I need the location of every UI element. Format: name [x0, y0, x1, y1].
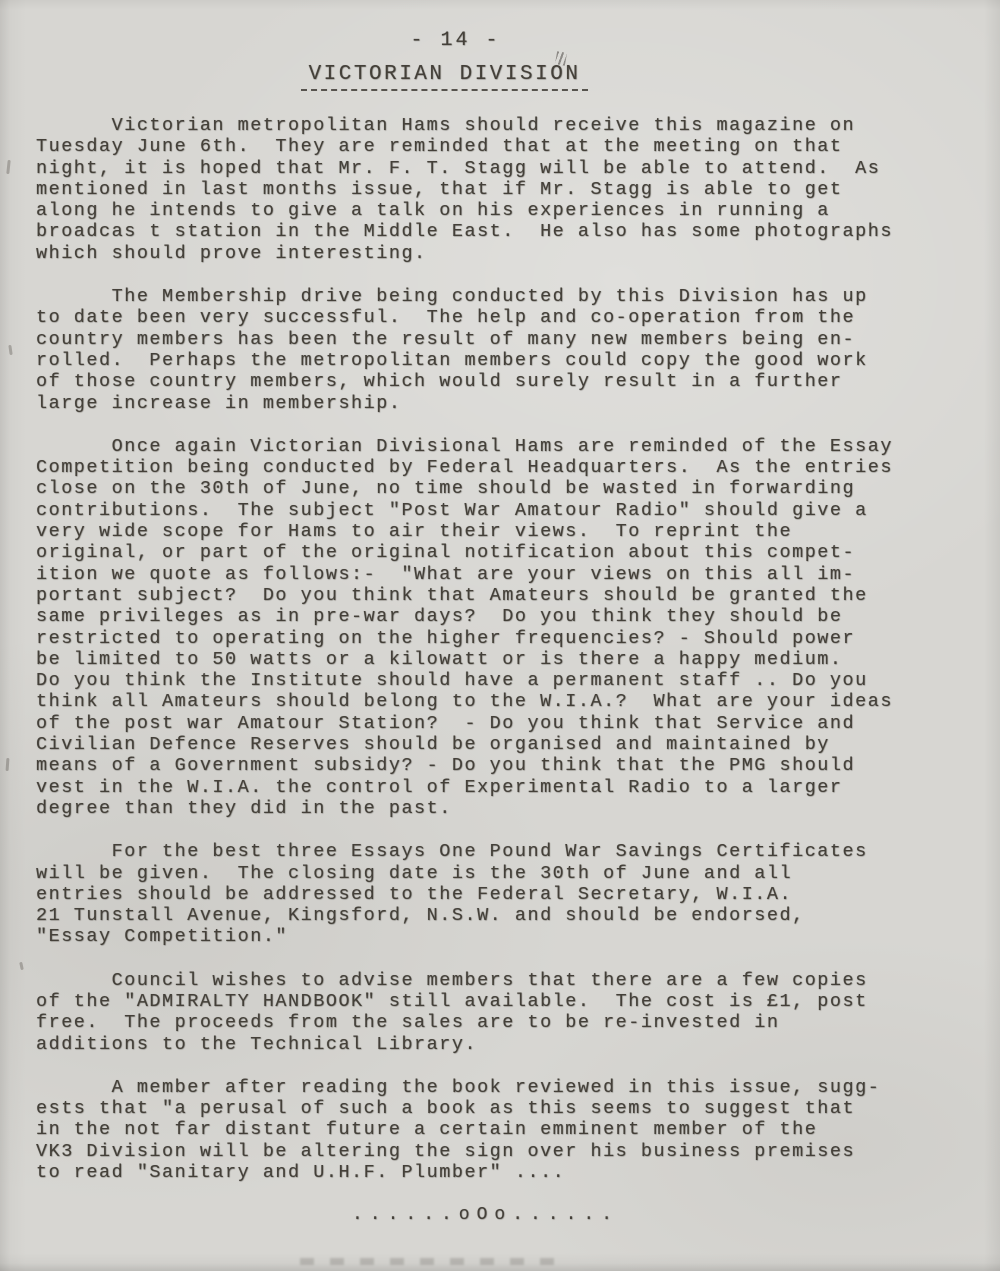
scan-artifact: [8, 345, 12, 355]
title-row: VICTORIAN DIVISION: [36, 62, 965, 91]
footer-ornament: ......oOo......: [36, 1205, 965, 1225]
paragraph-member-suggestion: A member after reading the book reviewed…: [36, 1077, 965, 1183]
page-title: VICTORIAN DIVISION: [301, 62, 589, 91]
document-body: Victorian metropolitan Hams should recei…: [36, 115, 965, 1183]
scan-artifact: [300, 1258, 560, 1265]
paragraph-admiralty-handbook: Council wishes to advise members that th…: [36, 970, 965, 1055]
scan-artifact: [6, 758, 10, 771]
scan-artifact: [6, 160, 10, 174]
paragraph-essay-prizes: For the best three Essays One Pound War …: [36, 841, 965, 947]
document-page: - 14 - VICTORIAN DIVISION Victorian metr…: [0, 0, 1000, 1271]
page-number: - 14 -: [36, 30, 965, 52]
paragraph-victorian-hams: Victorian metropolitan Hams should recei…: [36, 115, 965, 264]
paragraph-essay-competition: Once again Victorian Divisional Hams are…: [36, 436, 965, 819]
paragraph-membership-drive: The Membership drive being conducted by …: [36, 286, 965, 414]
scan-artifact: [19, 962, 24, 970]
